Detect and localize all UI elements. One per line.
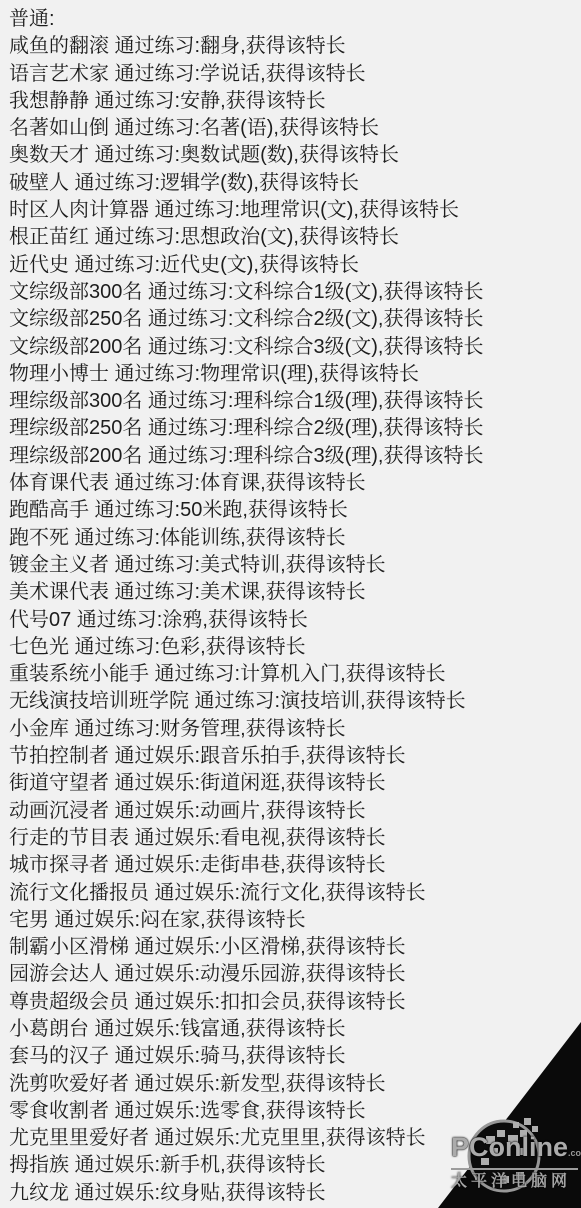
trait-line: 城市探寻者 通过娱乐:走街串巷,获得该特长 (9, 852, 579, 879)
trait-line: 根正苗红 通过练习:思想政治(文),获得该特长 (9, 224, 579, 251)
section-heading: 普通: (9, 6, 579, 33)
trait-line: 文综级部200名 通过练习:文科综合3级(文),获得该特长 (9, 334, 579, 361)
trait-line: 七色光 通过练习:色彩,获得该特长 (9, 634, 579, 661)
watermark-site-name: 太平洋电脑网 (451, 1168, 571, 1191)
watermark-brand-text: PConline (451, 1132, 568, 1162)
trait-line: 时区人肉计算器 通过练习:地理常识(文),获得该特长 (9, 197, 579, 224)
trait-line: 跑酷高手 通过练习:50米跑,获得该特长 (9, 497, 579, 524)
trait-line: 物理小博士 通过练习:物理常识(理),获得该特长 (9, 361, 579, 388)
trait-line: 美术课代表 通过练习:美术课,获得该特长 (9, 579, 579, 606)
trait-line: 语言艺术家 通过练习:学说话,获得该特长 (9, 61, 579, 88)
trait-line: 套马的汉子 通过娱乐:骑马,获得该特长 (9, 1043, 579, 1070)
trait-line: 理综级部300名 通过练习:理科综合1级(理),获得该特长 (9, 388, 579, 415)
trait-line: 咸鱼的翻滚 通过练习:翻身,获得该特长 (9, 33, 579, 60)
trait-line: 无线演技培训班学院 通过练习:演技培训,获得该特长 (9, 688, 579, 715)
trait-line: 小金库 通过练习:财务管理,获得该特长 (9, 716, 579, 743)
trait-line: 破壁人 通过练习:逻辑学(数),获得该特长 (9, 170, 579, 197)
trait-line: 行走的节目表 通过娱乐:看电视,获得该特长 (9, 825, 579, 852)
trait-line: 近代史 通过练习:近代史(文),获得该特长 (9, 252, 579, 279)
watermark-domain-text: .com.cn (568, 1148, 581, 1158)
trait-line: 代号07 通过练习:涂鸦,获得该特长 (9, 607, 579, 634)
article-body: 普通: 咸鱼的翻滚 通过练习:翻身,获得该特长语言艺术家 通过练习:学说话,获得… (9, 6, 579, 1207)
trait-line: 流行文化播报员 通过娱乐:流行文化,获得该特长 (9, 880, 579, 907)
trait-line: 洗剪吹爱好者 通过娱乐:新发型,获得该特长 (9, 1071, 579, 1098)
trait-line: 理综级部250名 通过练习:理科综合2级(理),获得该特长 (9, 415, 579, 442)
trait-line: 跑不死 通过练习:体能训练,获得该特长 (9, 525, 579, 552)
watermark-brand-row: PConline.com.cn (451, 1132, 578, 1170)
trait-line: 镀金主义者 通过练习:美式特训,获得该特长 (9, 552, 579, 579)
trait-line: 街道守望者 通过娱乐:街道闲逛,获得该特长 (9, 770, 579, 797)
trait-line: 小葛朗台 通过娱乐:钱富通,获得该特长 (9, 1016, 579, 1043)
trait-line: 体育课代表 通过练习:体育课,获得该特长 (9, 470, 579, 497)
pconline-watermark: PConline.com.cn 太平洋电脑网 (448, 1110, 580, 1205)
trait-line: 制霸小区滑梯 通过娱乐:小区滑梯,获得该特长 (9, 934, 579, 961)
trait-line: 我想静静 通过练习:安静,获得该特长 (9, 88, 579, 115)
trait-line: 理综级部200名 通过练习:理科综合3级(理),获得该特长 (9, 443, 579, 470)
trait-line: 文综级部300名 通过练习:文科综合1级(文),获得该特长 (9, 279, 579, 306)
trait-line: 名著如山倒 通过练习:名著(语),获得该特长 (9, 115, 579, 142)
trait-line: 园游会达人 通过娱乐:动漫乐园游,获得该特长 (9, 961, 579, 988)
trait-line: 节拍控制者 通过娱乐:跟音乐拍手,获得该特长 (9, 743, 579, 770)
trait-line: 动画沉浸者 通过娱乐:动画片,获得该特长 (9, 798, 579, 825)
trait-line: 尊贵超级会员 通过娱乐:扣扣会员,获得该特长 (9, 989, 579, 1016)
trait-line: 重装系统小能手 通过练习:计算机入门,获得该特长 (9, 661, 579, 688)
trait-line: 宅男 通过娱乐:闷在家,获得该特长 (9, 907, 579, 934)
trait-line: 文综级部250名 通过练习:文科综合2级(文),获得该特长 (9, 306, 579, 333)
trait-line: 奥数天才 通过练习:奥数试题(数),获得该特长 (9, 142, 579, 169)
trait-list: 咸鱼的翻滚 通过练习:翻身,获得该特长语言艺术家 通过练习:学说话,获得该特长我… (9, 33, 579, 1207)
